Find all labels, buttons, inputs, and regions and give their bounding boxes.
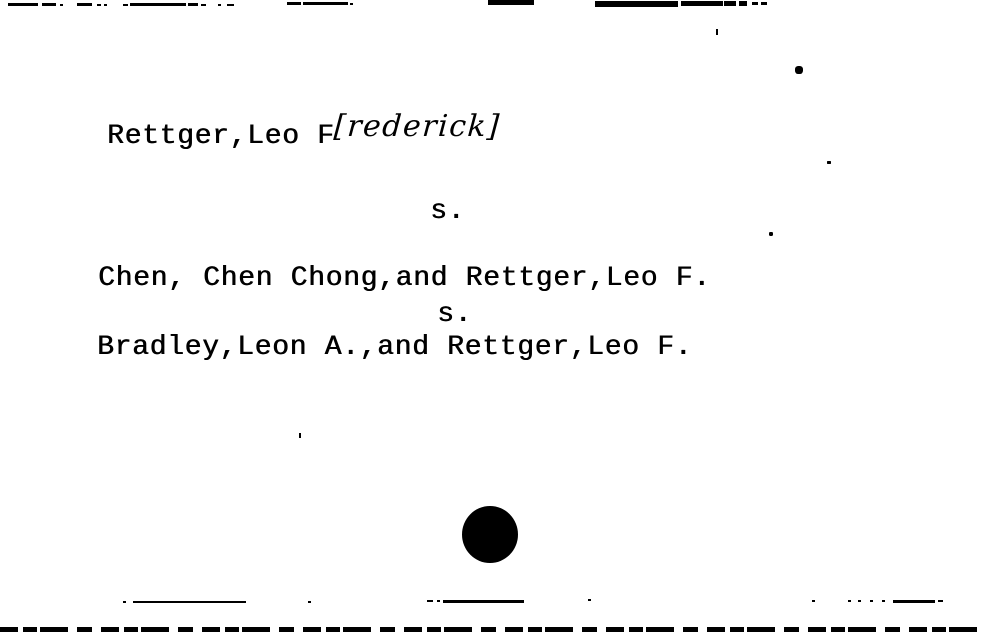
- guide-line-dash: [858, 600, 861, 602]
- guide-line-dash: [870, 600, 873, 602]
- top-edge-dash: [227, 4, 234, 6]
- scan-speck: [795, 66, 803, 74]
- top-edge-dash: [123, 4, 128, 6]
- top-edge-dash: [681, 1, 723, 6]
- guide-line-dash: [123, 601, 126, 603]
- scan-speck: [299, 433, 301, 438]
- guide-line-dash: [133, 601, 246, 603]
- guide-line-dash: [882, 600, 885, 602]
- see-also-marker-1: s.: [430, 197, 465, 227]
- top-edge-dash: [739, 1, 747, 6]
- top-edge-dash: [287, 2, 301, 5]
- top-edge-dash: [104, 4, 107, 6]
- top-edge-dash: [130, 3, 186, 6]
- top-edge-dash: [201, 4, 206, 6]
- guide-line-dash: [938, 600, 943, 602]
- top-edge-dash: [752, 2, 758, 5]
- hole-punch-dot: [462, 506, 518, 563]
- top-edge-dash: [350, 3, 353, 5]
- top-edge-dash: [188, 3, 198, 6]
- heading-typed-name: Rettger,Leo F: [107, 122, 335, 152]
- top-edge-dash: [77, 3, 92, 6]
- heading-handwritten-insertion: [rederick]: [333, 110, 502, 144]
- bottom-edge-scan-line: [0, 627, 985, 632]
- see-also-marker-2: s.: [437, 300, 472, 330]
- top-edge-dash: [8, 3, 38, 6]
- entry-line-2: Bradley,Leon A.,and Rettger,Leo F.: [97, 333, 692, 363]
- top-edge-dash: [724, 1, 736, 6]
- top-edge-dash: [303, 2, 348, 5]
- top-edge-dash: [488, 0, 534, 5]
- entry-line-1: Chen, Chen Chong,and Rettger,Leo F.: [98, 264, 711, 294]
- top-edge-dash: [761, 2, 767, 5]
- guide-line-dash: [893, 600, 935, 603]
- scan-speck: [716, 29, 718, 35]
- scan-speck: [827, 161, 831, 164]
- guide-line-dash: [437, 600, 440, 602]
- guide-line-dash: [812, 600, 815, 602]
- top-edge-dash: [42, 3, 56, 6]
- top-edge-dash: [97, 4, 101, 6]
- catalog-card-scan: Rettger,Leo F [rederick] s. Chen, Chen C…: [0, 0, 985, 633]
- guide-line-dash: [848, 600, 851, 602]
- guide-line-dash: [588, 599, 591, 601]
- scan-speck: [769, 232, 773, 236]
- top-edge-dash: [595, 1, 678, 7]
- top-edge-dash: [218, 4, 221, 6]
- top-edge-dash: [60, 4, 63, 6]
- guide-line-dash: [427, 600, 433, 602]
- guide-line-dash: [443, 600, 524, 603]
- guide-line-dash: [308, 601, 311, 603]
